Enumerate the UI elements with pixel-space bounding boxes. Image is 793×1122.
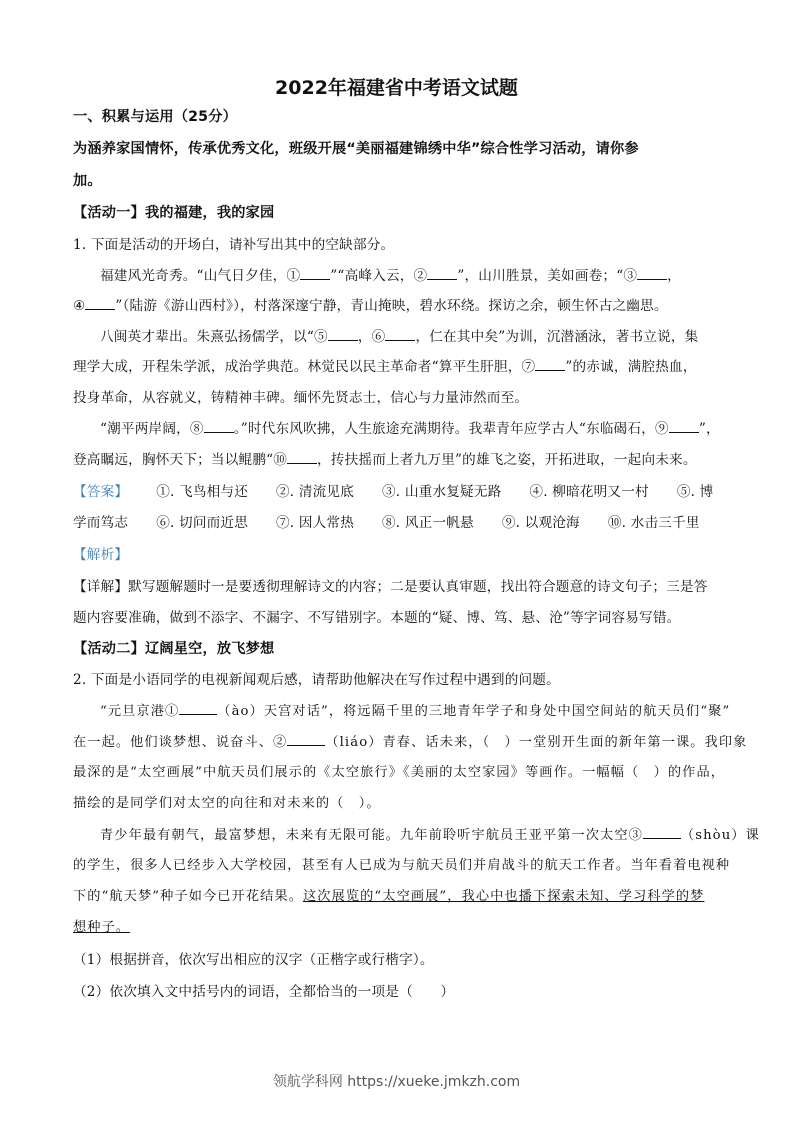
- text: ④: [73, 298, 85, 314]
- a2-paragraph1-line4: 描绘的是同学们对太空的向往和对未来的（ ）。: [73, 795, 723, 813]
- answer-tag: 【答案】: [73, 483, 128, 501]
- a2-paragraph2-line3: 下的“航天梦”种子如今已开花结果。这次展览的“太空画展”，我心中也播下探索未知、…: [73, 888, 723, 906]
- text: （liáo）青春、话未来，（ ）一堂别开生面的新年第一课。我印象: [325, 735, 747, 750]
- a2-paragraph1-line2: 在一起。他们谈梦想、说奋斗、②（liáo）青春、话未来，（ ）一堂别开生面的新年…: [73, 733, 723, 752]
- fill-blank-4: [85, 297, 115, 310]
- a2-paragraph1-line3: 最深的是“太空画展”中航天员们展示的《太空旅行》《美丽的太空家园》等画作。一幅幅…: [73, 764, 723, 782]
- a1-paragraph3-line1: “潮平两岸阔，⑧。”时代东风吹拂，人生旅途充满期待。我辈青年应学古人“东临碣石，…: [100, 420, 723, 438]
- text: ”的赤诚，满腔热血，: [565, 359, 696, 375]
- text: 福建风光奇秀。“山气日夕佳，①: [100, 268, 300, 284]
- text: ”“高峰入云，②: [330, 268, 427, 284]
- a1-paragraph2-line1: 八闽英才辈出。朱熹弘扬儒学，以“⑤，⑥，仁在其中矣”为训，沉潜涵泳，著书立说，集: [100, 328, 723, 346]
- fill-blank-ao: [179, 702, 217, 715]
- intro-text-line-1: 为涵养家国情怀，传承优秀文化，班级开展“美丽福建锦绣中华”综合性学习活动，请你参: [73, 140, 723, 158]
- text: 。”时代东风吹拂，人生旅途充满期待。我辈青年应学古人“东临碣石，⑨: [234, 421, 669, 437]
- fill-blank-5: [328, 328, 358, 341]
- fill-blank-9: [669, 420, 699, 433]
- answer-item: ⑤. 博: [677, 484, 714, 500]
- fill-blank-3: [637, 267, 667, 280]
- answers-line-2: 学而笃志⑥. 切问而近思⑦. 因人常热⑧. 风正一帆悬⑨. 以观沧海⑩. 水击三…: [73, 514, 723, 532]
- a2-paragraph1-line1: “元旦京港①（ào）天宫对话”，将远隔千里的三地青年学子和身处中国空间站的航天员…: [100, 702, 723, 721]
- fill-blank-10: [287, 451, 317, 464]
- a1-paragraph3-line2: 登高瞩远，胸怀天下；当以鲲鹏“⑩，抟扶摇而上者九万里”的雄飞之姿，开拓进取，一起…: [73, 451, 723, 469]
- answers-line-1: 【答案】①. 飞鸟相与还②. 清流见底③. 山重水复疑无路④. 柳暗花明又一村⑤…: [73, 483, 723, 501]
- answer-item: ⑩. 水击三千里: [608, 515, 700, 531]
- a1-paragraph1-line2: ④”（陆游《游山西村》），村落深邃宁静，青山掩映，碧水环绕。探访之余，顿生怀古之…: [73, 297, 723, 315]
- text: ，仁在其中矣”为训，沉潜涵泳，著书立说，集: [415, 329, 698, 345]
- question2-prompt: 2. 下面是小语同学的电视新闻观后感，请帮助他解决在写作过程中遇到的问题。: [73, 671, 723, 689]
- text: “元旦京港①: [100, 704, 179, 719]
- fill-blank-8: [204, 420, 234, 433]
- section-heading: 一、积累与运用（25分）: [73, 108, 723, 126]
- fill-blank-2: [427, 267, 457, 280]
- text: 青少年最有朝气，最富梦想，未来有无限可能。九年前聆听宇航员王亚平第一次太空③: [100, 828, 643, 843]
- text: ，抟扶摇而上者九万里”的雄飞之姿，开拓进取，一起向未来。: [317, 452, 697, 468]
- text: ”，: [699, 421, 720, 437]
- analysis-tag: 【解析】: [73, 546, 723, 564]
- text: 登高瞩远，胸怀天下；当以鲲鹏“⑩: [73, 452, 287, 468]
- answer-item: ⑧. 风正一帆悬: [382, 514, 474, 532]
- answer-item: ⑨. 以观沧海: [502, 514, 580, 532]
- question1-prompt: 1. 下面是活动的开场白，请补写出其中的空缺部分。: [73, 236, 723, 254]
- a2-paragraph2-line2: 的学生，很多人已经步入大学校园，甚至有人已成为与航天员们并肩战斗的航天工作者。当…: [73, 857, 723, 875]
- underlined-sentence: 想种子。: [73, 920, 130, 935]
- sub-question-1: （1）根据拼音，依次写出相应的汉字（正楷字或行楷字）。: [73, 951, 723, 969]
- text: ”，山川胜景，美如画卷；“③: [457, 268, 637, 284]
- answer-item: ③. 山重水复疑无路: [382, 483, 501, 501]
- underlined-sentence: 这次展览的“太空画展”，我心中也播下探索未知、学习科学的梦: [303, 889, 704, 904]
- text: 在一起。他们谈梦想、说奋斗、②: [73, 735, 287, 750]
- activity1-heading: 【活动一】我的福建，我的家园: [73, 204, 723, 222]
- answer-item: ⑦. 因人常热: [276, 514, 354, 532]
- fill-blank-shou: [643, 826, 681, 839]
- intro-text-line-2: 加。: [73, 172, 723, 190]
- fill-blank-liao: [287, 733, 325, 746]
- text: ”（陆游《游山西村》），村落深邃宁静，青山掩映，碧水环绕。探访之余，顿生怀古之幽…: [115, 298, 667, 314]
- a2-paragraph2-line1: 青少年最有朝气，最富梦想，未来有无限可能。九年前聆听宇航员王亚平第一次太空③（s…: [100, 826, 723, 845]
- answer-item: ④. 柳暗花明又一村: [529, 483, 648, 501]
- a2-paragraph2-line4: 想种子。: [73, 919, 723, 937]
- answer-item: ⑥. 切问而近思: [156, 514, 248, 532]
- sub-question-2: （2）依次填入文中括号内的词语，全都恰当的一项是（ ）: [73, 983, 723, 1001]
- activity2-heading: 【活动二】辽阔星空，放飞梦想: [73, 640, 723, 658]
- footer-watermark: 领航学科网 https://xueke.jmkzh.com: [0, 1071, 793, 1091]
- text: （shòu）课: [681, 828, 760, 843]
- fill-blank-7: [535, 358, 565, 371]
- document-title: 2022年福建省中考语文试题: [0, 73, 793, 100]
- answer-item: ②. 清流见底: [276, 483, 354, 501]
- fill-blank-6: [385, 328, 415, 341]
- text: ，: [667, 268, 681, 284]
- answer-item: 学而笃志: [73, 514, 128, 532]
- text: “潮平两岸阔，⑧: [100, 421, 204, 437]
- text: 下的“航天梦”种子如今已开花结果。: [73, 889, 303, 904]
- text: 理学大成，开程朱学派，成治学典范。林觉民以民主革命者“算平生肝胆，⑦: [73, 359, 535, 375]
- text: 八闽英才辈出。朱熹弘扬儒学，以“⑤: [100, 329, 328, 345]
- a1-paragraph2-line2: 理学大成，开程朱学派，成治学典范。林觉民以民主革命者“算平生肝胆，⑦”的赤诚，满…: [73, 358, 723, 376]
- exam-page: 2022年福建省中考语文试题 一、积累与运用（25分） 为涵养家国情怀，传承优秀…: [0, 0, 793, 1122]
- fill-blank-1: [300, 267, 330, 280]
- answer-item: ①. 飞鸟相与还: [156, 483, 248, 501]
- a1-paragraph1-line1: 福建风光奇秀。“山气日夕佳，①”“高峰入云，②”，山川胜景，美如画卷；“③，: [100, 267, 723, 285]
- text: ，⑥: [358, 329, 386, 345]
- detail-line-2: 题内容要准确，做到不添字、不漏字、不写错别字。本题的“疑、博、笃、悬、沧”等字词…: [73, 609, 723, 627]
- detail-line-1: 【详解】默写题解题时一是要透彻理解诗文的内容；二是要认真审题，找出符合题意的诗文…: [73, 578, 723, 596]
- a1-paragraph2-line3: 投身革命，从容就义，铸精神丰碑。缅怀先贤志士，信心与力量沛然而至。: [73, 389, 723, 407]
- text: （ào）天宫对话”，将远隔千里的三地青年学子和身处中国空间站的航天员们“聚”: [217, 704, 730, 719]
